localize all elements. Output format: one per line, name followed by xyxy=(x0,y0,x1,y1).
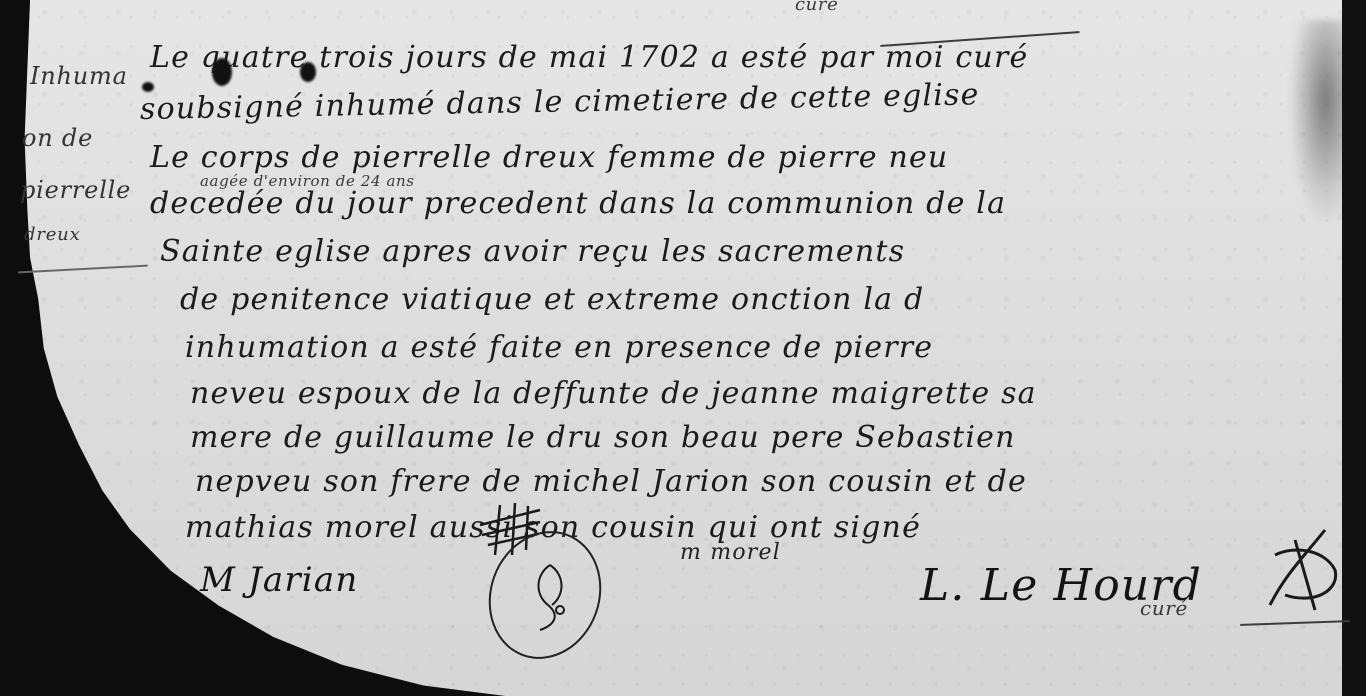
body-line-9: mere de guillaume le dru son beau pere S… xyxy=(190,420,1016,455)
signature-role-cure: curé xyxy=(1140,596,1188,620)
margin-note-line: on de xyxy=(22,124,93,152)
witness-monogram xyxy=(520,555,580,635)
ink-stain xyxy=(1290,20,1350,220)
body-line-5: Sainte eglise apres avoir reçu les sacre… xyxy=(160,234,905,269)
body-line-8: neveu espoux de la deffunte de jeanne ma… xyxy=(190,376,1037,411)
body-line-7: inhumation a esté faite en presence de p… xyxy=(185,330,933,365)
previous-entry-cure-label: curé xyxy=(795,0,838,15)
ink-blot xyxy=(300,62,316,82)
page-binding-edge xyxy=(1342,0,1366,696)
body-line-1: Le quatre trois jours de mai 1702 a esté… xyxy=(150,40,1028,75)
cure-paraph-flourish xyxy=(1255,525,1345,615)
ink-blot xyxy=(212,58,232,86)
document-viewer: curé Inhuma on de pierrelle dreux Le qua… xyxy=(0,0,1366,696)
body-line-3: Le corps de pierrelle dreux femme de pie… xyxy=(150,140,948,175)
margin-note-line: dreux xyxy=(24,224,81,245)
signature-jarian: M Jarian xyxy=(200,560,358,600)
margin-note-line: Inhuma xyxy=(30,62,128,90)
margin-note-line: pierrelle xyxy=(20,176,131,204)
signature-morel: m morel xyxy=(680,540,781,565)
ink-blot xyxy=(142,82,154,92)
body-line-4: decedée du jour precedent dans la commun… xyxy=(150,186,1006,221)
body-line-6: de penitence viatique et extreme onction… xyxy=(180,282,924,317)
body-line-10: nepveu son frere de michel Jarion son co… xyxy=(195,464,1027,499)
